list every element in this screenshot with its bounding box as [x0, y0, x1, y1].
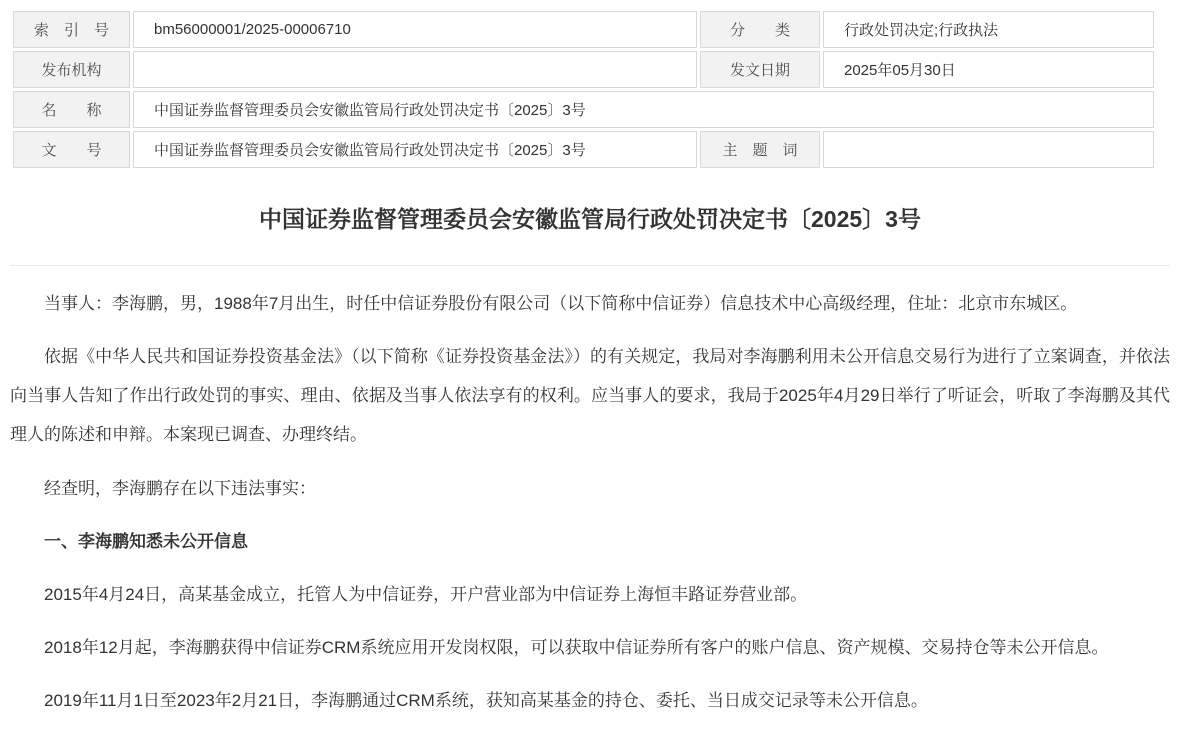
page-title: 中国证券监督管理委员会安徽监管局行政处罚决定书〔2025〕3号: [10, 203, 1170, 235]
paragraph-parties: 当事人：李海鹏，男，1988年7月出生，时任中信证券股份有限公司（以下简称中信证…: [10, 284, 1170, 323]
meta-row-name: 名 称 中国证券监督管理委员会安徽监管局行政处罚决定书〔2025〕3号: [13, 91, 1154, 128]
meta-row-docnumber-keywords: 文 号 中国证券监督管理委员会安徽监管局行政处罚决定书〔2025〕3号 主 题 …: [13, 131, 1154, 168]
meta-label-category: 分 类: [700, 11, 820, 48]
meta-value-keywords: [823, 131, 1154, 168]
paragraph-legal-basis: 依据《中华人民共和国证券投资基金法》（以下简称《证券投资基金法》）的有关规定，我…: [10, 337, 1170, 454]
meta-table: 索 引 号 bm56000001/2025-00006710 分 类 行政处罚决…: [10, 8, 1157, 171]
page: 索 引 号 bm56000001/2025-00006710 分 类 行政处罚决…: [0, 0, 1180, 729]
section-heading-one: 一、李海鹏知悉未公开信息: [10, 522, 1170, 561]
document-body: 当事人：李海鹏，男，1988年7月出生，时任中信证券股份有限公司（以下简称中信证…: [10, 266, 1170, 720]
meta-value-category: 行政处罚决定;行政执法: [823, 11, 1154, 48]
meta-label-issue-date: 发文日期: [700, 51, 820, 88]
meta-label-issuing-agency: 发布机构: [13, 51, 130, 88]
paragraph-fund-established: 2015年4月24日，高某基金成立，托管人为中信证券，开户营业部为中信证券上海恒…: [10, 575, 1170, 614]
meta-value-index-number: bm56000001/2025-00006710: [133, 11, 697, 48]
paragraph-crm-access: 2018年12月起，李海鹏获得中信证券CRM系统应用开发岗权限，可以获取中信证券…: [10, 628, 1170, 667]
meta-row-index-category: 索 引 号 bm56000001/2025-00006710 分 类 行政处罚决…: [13, 11, 1154, 48]
meta-value-document-number: 中国证券监督管理委员会安徽监管局行政处罚决定书〔2025〕3号: [133, 131, 697, 168]
paragraph-findings-intro: 经查明，李海鹏存在以下违法事实：: [10, 469, 1170, 508]
meta-label-keywords: 主 题 词: [700, 131, 820, 168]
meta-value-issuing-agency: [133, 51, 697, 88]
paragraph-info-obtained: 2019年11月1日至2023年2月21日，李海鹏通过CRM系统，获知高某基金的…: [10, 681, 1170, 720]
meta-label-name: 名 称: [13, 91, 130, 128]
meta-label-document-number: 文 号: [13, 131, 130, 168]
meta-value-name: 中国证券监督管理委员会安徽监管局行政处罚决定书〔2025〕3号: [133, 91, 1154, 128]
meta-row-agency-date: 发布机构 发文日期 2025年05月30日: [13, 51, 1154, 88]
meta-value-issue-date: 2025年05月30日: [823, 51, 1154, 88]
meta-label-index-number: 索 引 号: [13, 11, 130, 48]
